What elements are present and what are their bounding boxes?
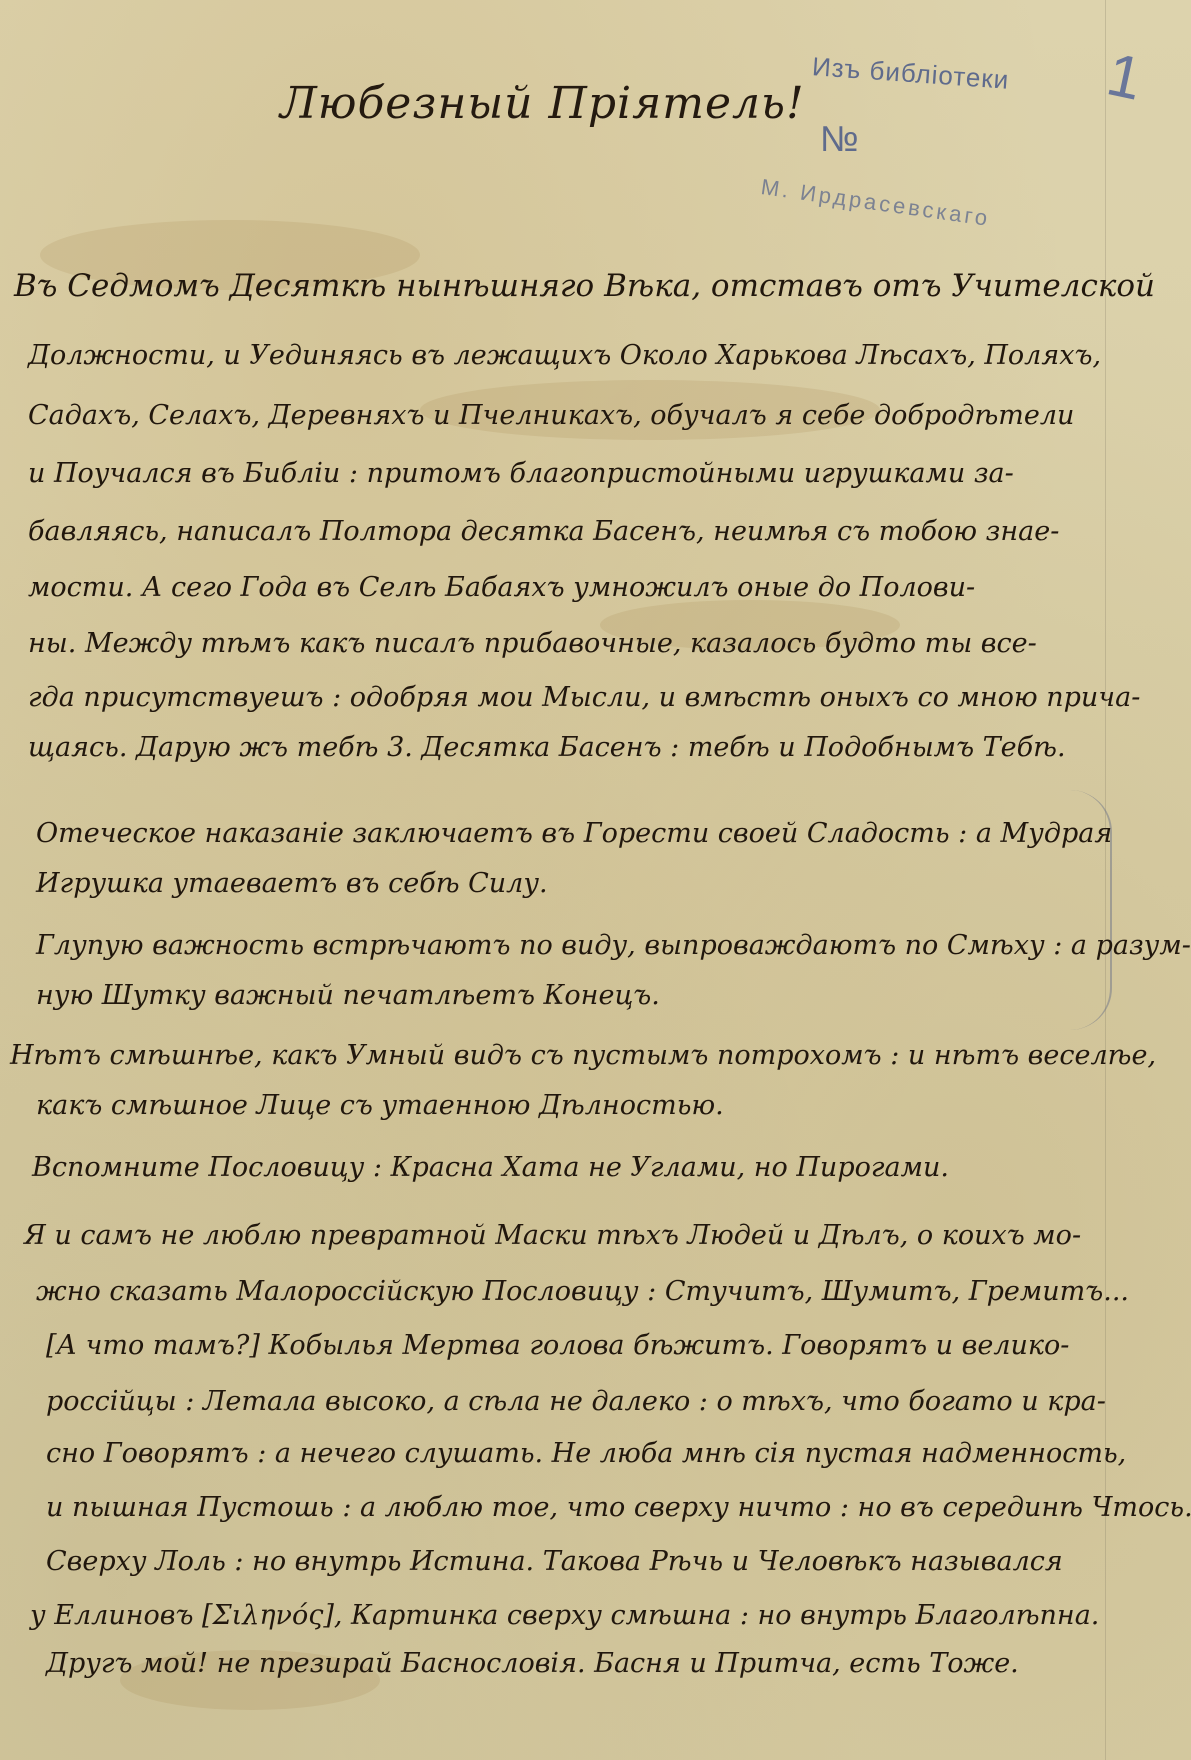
text-line: жно сказать Малороссійскую Пословицу : С… — [36, 1276, 1129, 1307]
letter-salutation: Любезный Пріятель! — [280, 78, 805, 129]
text-line: и Поучался въ Библіи : притомъ благоприс… — [28, 458, 1014, 489]
text-line: Другъ мой! не презирай Баснословія. Басн… — [46, 1648, 1019, 1679]
library-stamp-number-label: № — [820, 118, 859, 160]
text-line: Игрушка утаеваетъ въ себѣ Силу. — [36, 868, 548, 899]
text-line: Сверху Лоль : но внутрь Истина. Такова Р… — [46, 1546, 1063, 1577]
library-stamp-owner: М. Ирдрасевскаго — [759, 174, 992, 232]
text-line: и пышная Пустошь : а люблю тое, что свер… — [46, 1492, 1191, 1523]
text-line: Садахъ, Селахъ, Деревняхъ и Пчелникахъ, … — [28, 400, 1074, 431]
manuscript-page: Любезный Пріятель! Изъ библіотеки № М. И… — [0, 0, 1191, 1760]
text-line: россійцы : Летала высоко, а сѣла не дале… — [46, 1386, 1106, 1417]
text-line: какъ смѣшное Лице съ утаенною Дѣлностью. — [36, 1090, 724, 1121]
text-line: гда присутствуешъ : одобряя мои Мысли, и… — [28, 682, 1140, 713]
library-stamp-text: Изъ библіотеки — [811, 51, 1010, 96]
text-line: Отеческое наказаніе заключаетъ въ Горест… — [36, 818, 1112, 849]
page-number-mark: 1 — [1101, 39, 1148, 113]
text-line: у Еллиновъ [Σιληνός], Картинка сверху см… — [30, 1600, 1099, 1631]
text-line: Должности, и Уединяясь въ лежащихъ Около… — [28, 340, 1101, 371]
text-line: сно Говорятъ : а нечего слушать. Не люба… — [46, 1438, 1126, 1469]
text-line: ны. Между тѣмъ какъ писалъ прибавочные, … — [28, 628, 1037, 659]
text-line: ную Шутку важный печатлѣетъ Конецъ. — [36, 980, 660, 1011]
text-line: Я и самъ не люблю превратной Маски тѣхъ … — [24, 1220, 1081, 1251]
text-line: Вспомните Пословицу : Красна Хата не Угл… — [32, 1152, 949, 1183]
text-line: Глупую важность встрѣчаютъ по виду, выпр… — [36, 930, 1191, 961]
text-line: бавляясь, написалъ Полтора десятка Басен… — [28, 516, 1059, 547]
text-line: Въ Седмомъ Десяткѣ нынѣшняго Вѣка, отста… — [14, 268, 1155, 304]
text-line: мости. А сего Года въ Селѣ Бабаяхъ умнож… — [28, 572, 975, 603]
text-line: [А что тамъ?] Кобылья Мертва голова бѣжи… — [46, 1330, 1069, 1361]
text-line: щаясь. Дарую жъ тебѣ 3. Десятка Басенъ :… — [28, 732, 1066, 763]
text-line: Нѣтъ смѣшнѣе, какъ Умный видъ съ пустымъ… — [10, 1040, 1156, 1071]
